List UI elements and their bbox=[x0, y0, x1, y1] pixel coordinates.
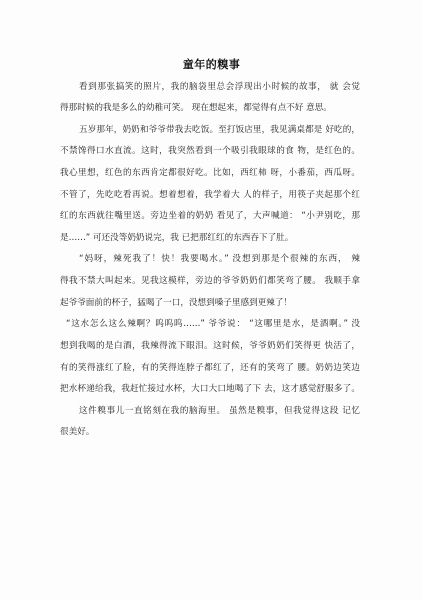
text-line: 看到那张搞笑的照片，我的脑袋里总会浮现出小时候的故事， 就 会觉 bbox=[79, 80, 360, 94]
text-line: 五岁那年，奶奶和爷爷带我去吃饭。至打饭店里，我见满桌都是 好吃的， bbox=[79, 123, 360, 137]
text-line: 起爷爷面前的杯子，猛喝了一口，没想到嗓子里感到更辣了！ bbox=[60, 296, 360, 310]
text-line: 这件糗事儿一直铭刻在我的脑海里。 虽然是糗事，但我觉得这段 记忆 bbox=[79, 404, 360, 418]
text-line: 想到我喝的是白酒，我辣得流下眼泪。这时候，爷爷奶奶们笑得更 快活了， bbox=[60, 339, 360, 353]
text-line: 很美好。 bbox=[60, 425, 360, 439]
text-line: 有的笑得涨红了脸，有的笑得连脖子都红了，还有的笑弯了 腰。奶奶边笑边 bbox=[60, 361, 360, 375]
text-line: 我心里想，红色的东西肯定都很好吃。比如，西红柿 呀，小番茄，西瓜呀。 bbox=[60, 166, 360, 180]
text-line: 是……” 可还没等奶奶说完，我 已把那红红的东西吞下了肚。 bbox=[60, 231, 360, 245]
text-line: “妈呀，辣死我了！快！我要喝水。” 没想到那是个很辣的东西， 辣 bbox=[79, 252, 360, 266]
text-line: 把水杯递给我，我赶忙接过水杯，大口大口地喝了下 去，这才感觉舒服多了。 bbox=[60, 382, 360, 396]
document-title: 童年的糗事 bbox=[0, 57, 423, 73]
text-line: 得我不禁大叫起来。见我这模样，旁边的爷爷奶奶们都笑弯了腰。 我顺手拿 bbox=[60, 274, 360, 288]
text-line: 不管了，先吃吃看再说。想着想着，我学着大 人的样子，用筷子夹起那个红 bbox=[60, 188, 360, 202]
document-page: 童年的糗事 看到那张搞笑的照片，我的脑袋里总会浮现出小时候的故事， 就 会觉得那… bbox=[0, 0, 423, 600]
text-line: 不禁馋得口水直流。这时，我突然看到一个吸引我眼球的食 物，是红色的。 bbox=[60, 144, 360, 158]
text-line: 红的东西就往嘴里送。旁边坐着的奶奶 看见了，大声喊道： “小尹别吃，那 bbox=[60, 209, 360, 223]
text-line: 得那时候的我是多么的幼稚可笑。 现在想起来，都觉得有点不好 意思。 bbox=[60, 101, 360, 115]
text-line: “这水怎么这么辣啊？呜呜呜……” 爷爷说： “这哪里是水，是酒啊。” 没 bbox=[66, 317, 360, 331]
